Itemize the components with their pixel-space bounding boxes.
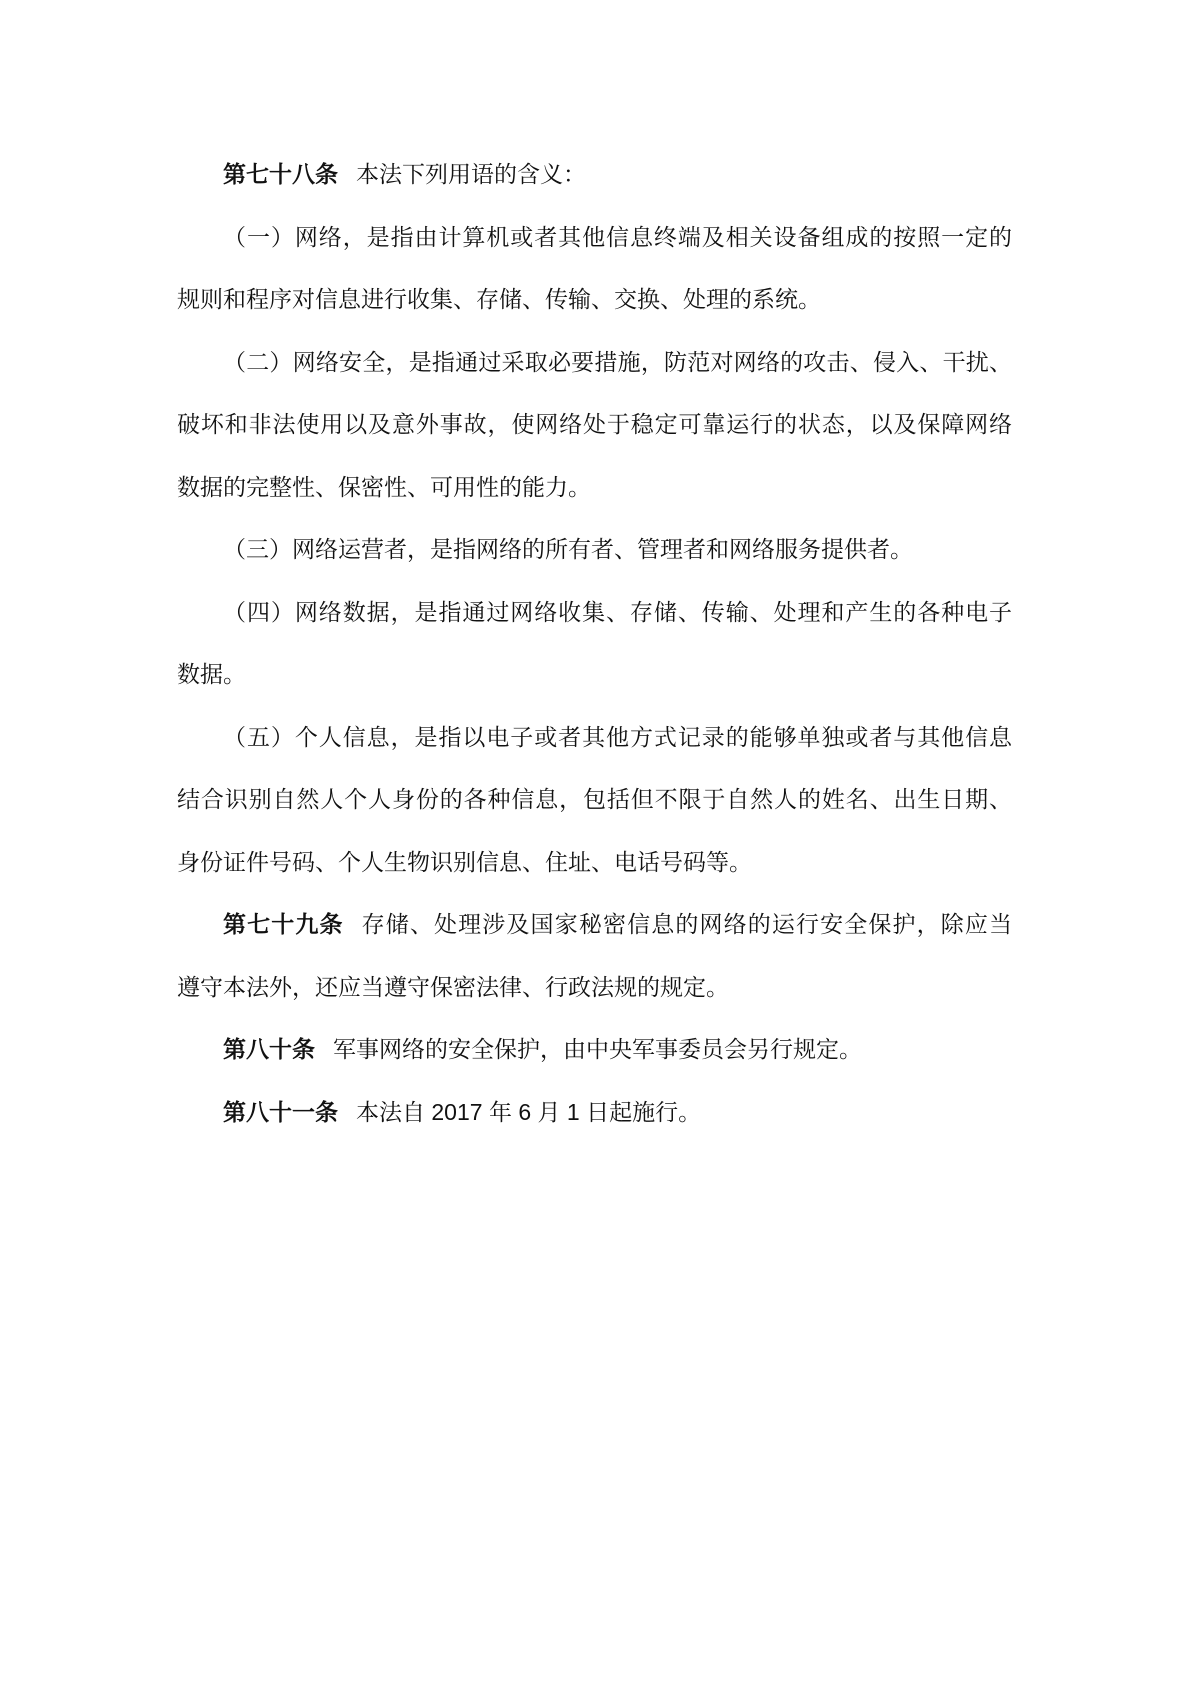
article-78-text: 本法下列用语的含义： [356,161,586,187]
article-80-line: 第八十条军事网络的安全保护，由中央军事委员会另行规定。 [177,1018,1012,1081]
definition-3-line-1: （三）网络运营者，是指网络的所有者、管理者和网络服务提供者。 [177,518,1012,581]
definition-5-line-2: 结合识别自然人个人身份的各种信息，包括但不限于自然人的姓名、出生日期、 [177,768,1012,831]
definition-2-line-1: （二）网络安全，是指通过采取必要措施，防范对网络的攻击、侵入、干扰、 [177,331,1012,394]
document-page: 第七十八条本法下列用语的含义： （一）网络，是指由计算机或者其他信息终端及相关设… [0,0,1191,1684]
article-79-text-line-1: 存储、处理涉及国家秘密信息的网络的运行安全保护，除应当 [362,911,1012,937]
definition-5-line-1: （五）个人信息，是指以电子或者其他方式记录的能够单独或者与其他信息 [177,706,1012,769]
article-79-line-1: 第七十九条存储、处理涉及国家秘密信息的网络的运行安全保护，除应当 [177,893,1012,956]
article-79-line-2: 遵守本法外，还应当遵守保密法律、行政法规的规定。 [177,956,1012,1019]
article-80-number: 第八十条 [223,1036,315,1062]
article-78-heading-line: 第七十八条本法下列用语的含义： [177,143,1012,206]
definition-4-line-2: 数据。 [177,643,1012,706]
article-80-text: 军事网络的安全保护，由中央军事委员会另行规定。 [333,1036,862,1062]
definition-1-line-2: 规则和程序对信息进行收集、存储、传输、交换、处理的系统。 [177,268,1012,331]
definition-2-line-2: 破坏和非法使用以及意外事故，使网络处于稳定可靠运行的状态，以及保障网络 [177,393,1012,456]
article-78-number: 第七十八条 [223,161,338,187]
definition-4-line-1: （四）网络数据，是指通过网络收集、存储、传输、处理和产生的各种电子 [177,581,1012,644]
article-81-line: 第八十一条本法自 2017 年 6 月 1 日起施行。 [177,1081,1012,1144]
definition-5-line-3: 身份证件号码、个人生物识别信息、住址、电话号码等。 [177,831,1012,894]
definition-1-line-1: （一）网络，是指由计算机或者其他信息终端及相关设备组成的按照一定的 [177,206,1012,269]
article-81-text: 本法自 2017 年 6 月 1 日起施行。 [356,1099,701,1125]
text-block: 第七十八条本法下列用语的含义： （一）网络，是指由计算机或者其他信息终端及相关设… [177,143,1012,1143]
article-81-number: 第八十一条 [223,1099,338,1125]
article-79-number: 第七十九条 [223,911,344,937]
definition-2-line-3: 数据的完整性、保密性、可用性的能力。 [177,456,1012,519]
